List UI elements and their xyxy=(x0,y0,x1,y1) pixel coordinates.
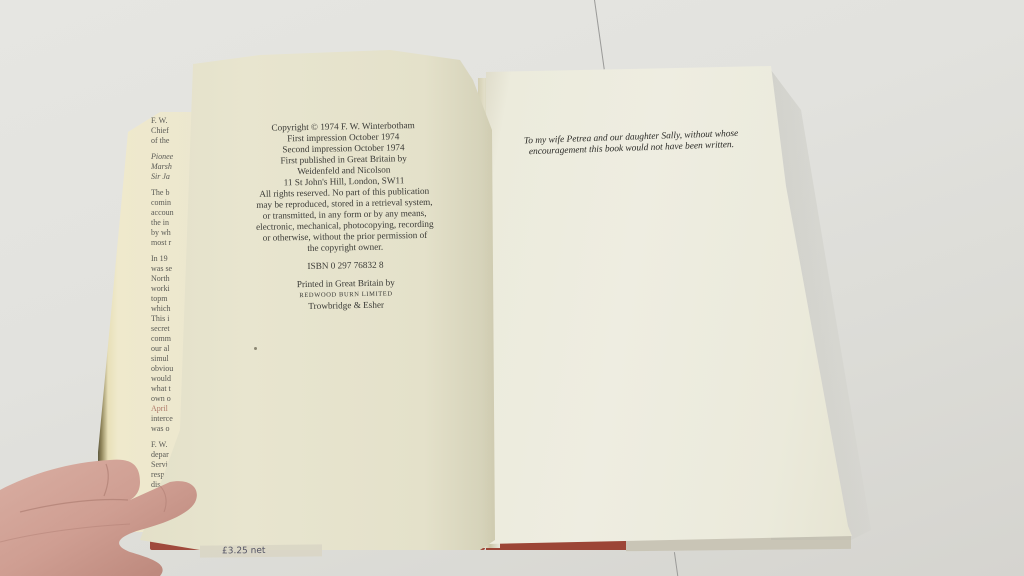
jacket-line: The b xyxy=(151,188,193,198)
book-photo-scene: F. W. Chief of the Pionee Marsh Sir Ja T… xyxy=(0,0,1024,576)
jacket-line: Marsh xyxy=(151,162,193,172)
hand-holding-page xyxy=(0,452,210,576)
price-sticker: £3.25 net xyxy=(200,544,322,557)
copyright-notice: Copyright © 1974 F. W. Winterbotham Firs… xyxy=(248,120,441,313)
jacket-line: comin xyxy=(151,198,193,208)
table-seam xyxy=(594,0,605,69)
jacket-line: accoun xyxy=(151,208,193,218)
page-blemish xyxy=(254,347,257,350)
jacket-line: of the xyxy=(151,136,193,146)
jacket-line: Sir Ja xyxy=(151,172,193,182)
jacket-line: Pionee xyxy=(151,152,193,162)
jacket-line: F. W. xyxy=(151,116,193,126)
jacket-line: Chief xyxy=(151,126,193,136)
table-seam xyxy=(674,552,679,576)
jacket-line: the in xyxy=(151,218,193,228)
jacket-line: by wh xyxy=(151,228,193,238)
